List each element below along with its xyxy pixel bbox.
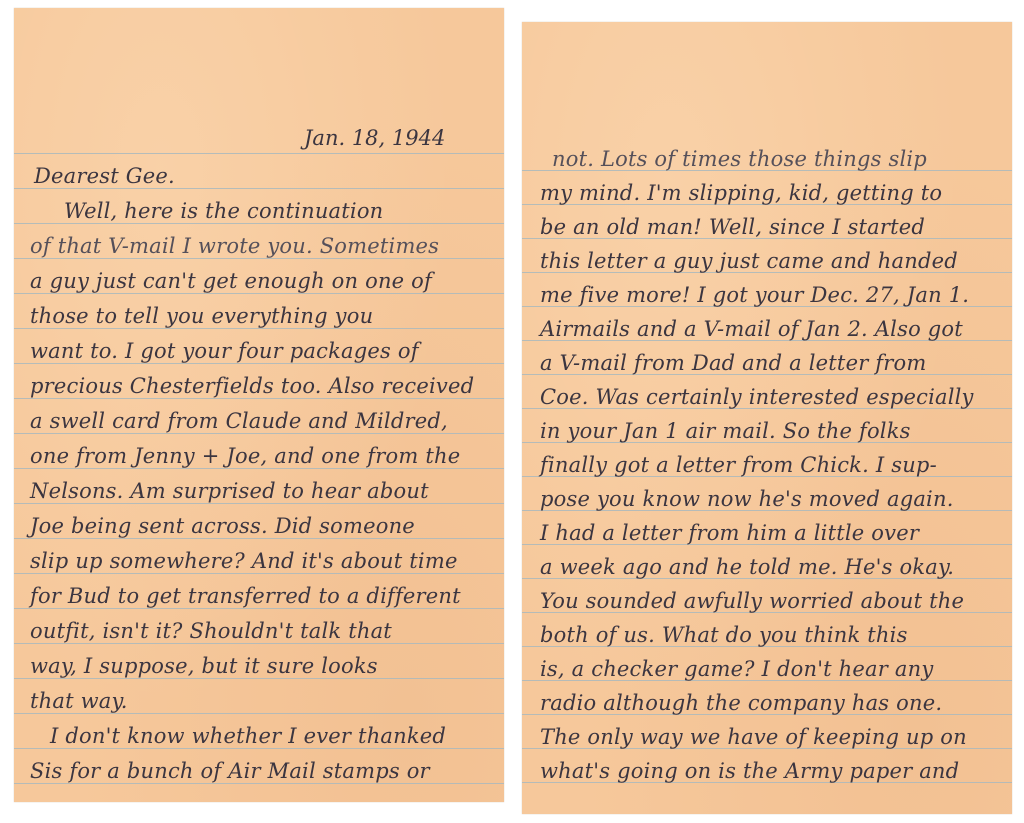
letter-line: what's going on is the Army paper and: [540, 758, 1012, 784]
letter-line: way, I suppose, but it sure looks: [30, 653, 504, 679]
letter-line: slip up somewhere? And it's about time: [30, 548, 504, 574]
letter-line: radio although the company has one.: [540, 690, 1012, 716]
letter-line: pose you know now he's moved again.: [540, 486, 1012, 512]
letter-line: You sounded awfully worried about the: [540, 588, 1012, 614]
letter-line: this letter a guy just came and handed: [540, 248, 1012, 274]
letter-line: not. Lots of times those things slip: [552, 146, 1012, 172]
letter-line: Sis for a bunch of Air Mail stamps or: [30, 758, 504, 784]
letter-line: I don't know whether I ever thanked: [50, 723, 504, 749]
letter-line: Airmails and a V-mail of Jan 2. Also got: [540, 316, 1012, 342]
letter-line: want to. I got your four packages of: [30, 338, 504, 364]
letter-page-left: Jan. 18, 1944 Dearest Gee. Well, here is…: [14, 8, 504, 802]
letter-line: a week ago and he told me. He's okay.: [540, 554, 1012, 580]
letter-line: Nelsons. Am surprised to hear about: [30, 478, 504, 504]
letter-date: Jan. 18, 1944: [304, 126, 445, 150]
letter-line: outfit, isn't it? Shouldn't talk that: [30, 618, 504, 644]
letter-line: my mind. I'm slipping, kid, getting to: [540, 180, 1012, 206]
ruled-line: [14, 153, 504, 154]
letter-line: is, a checker game? I don't hear any: [540, 656, 1012, 682]
letter-line: one from Jenny + Joe, and one from the: [30, 443, 504, 469]
letter-line: precious Chesterfields too. Also receive…: [30, 373, 504, 399]
letter-line: me five more! I got your Dec. 27, Jan 1.: [540, 282, 1012, 308]
letter-line: I had a letter from him a little over: [540, 520, 1012, 546]
letter-line: The only way we have of keeping up on: [540, 724, 1012, 750]
letter-line: of that V-mail I wrote you. Sometimes: [30, 233, 504, 259]
letter-line: both of us. What do you think this: [540, 622, 1012, 648]
letter-line: finally got a letter from Chick. I sup-: [540, 452, 1012, 478]
salutation: Dearest Gee.: [34, 163, 504, 189]
letter-line: a V-mail from Dad and a letter from: [540, 350, 1012, 376]
letter-line: that way.: [30, 688, 504, 714]
letter-line: in your Jan 1 air mail. So the folks: [540, 418, 1012, 444]
letter-line: for Bud to get transferred to a differen…: [30, 583, 504, 609]
letter-line: those to tell you everything you: [30, 303, 504, 329]
letter-line: a swell card from Claude and Mildred,: [30, 408, 504, 434]
letter-line: Coe. Was certainly interested especially: [540, 384, 1012, 410]
letter-line: be an old man! Well, since I started: [540, 214, 1012, 240]
letter-line: Well, here is the continuation: [64, 198, 504, 224]
letter-page-right: not. Lots of times those things slip my …: [522, 22, 1012, 814]
letter-line: a guy just can't get enough on one of: [30, 268, 504, 294]
letter-line: Joe being sent across. Did someone: [30, 513, 504, 539]
